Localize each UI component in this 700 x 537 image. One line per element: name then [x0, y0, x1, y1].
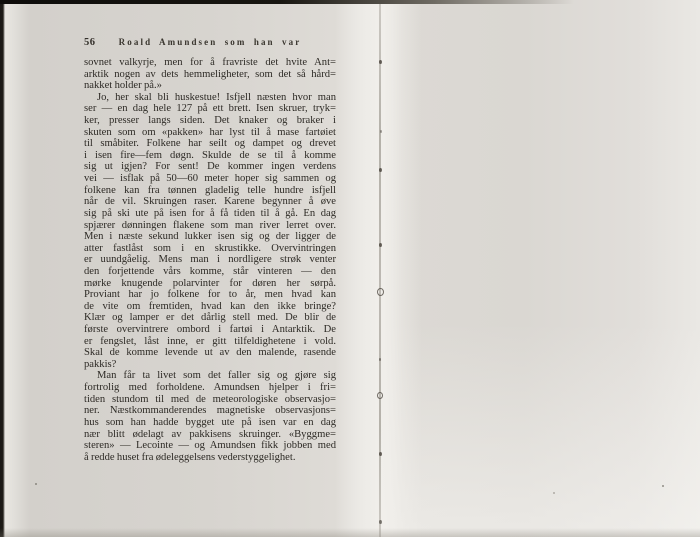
binding-stitch	[379, 452, 382, 456]
binding-fold	[379, 0, 381, 537]
text-line: tiden stundom til med de meteorologiske …	[84, 394, 336, 406]
text-line: ner. Næstkommanderendes magnetiske obser…	[84, 405, 336, 417]
binding-stitch	[377, 392, 383, 399]
text-line: nakket holder på.»	[84, 80, 336, 92]
right-page: Barndomstiden og ungdomsårene 57 Huset b…	[380, 0, 700, 537]
text-line: sig ut igjen? For sent! De kommer ingen …	[84, 161, 336, 173]
text-line: ser — en dag hele 127 på ett brett. Isen…	[84, 103, 336, 115]
text-line: Skal de komme levende ut av den malende,…	[84, 347, 336, 359]
text-line: er fengslet, låst inne, er gitt tilfeldi…	[84, 336, 336, 348]
paper-speck	[553, 492, 555, 494]
paper-speck	[35, 483, 37, 485]
book-scan: 56 Roald Amundsen som han var sovnet val…	[0, 0, 700, 537]
binding-stitch	[377, 288, 384, 296]
text-line: nær blitt ødelagt av pakkisens skruinger…	[84, 429, 336, 441]
left-page-number: 56	[84, 37, 96, 48]
text-line: sovnet valkyrje, men for å fravriste det…	[84, 57, 336, 69]
text-line: skuten som om «pakken» har lyst til å ma…	[84, 127, 336, 139]
text-line: sig på ski ute på isen for å få tiden ti…	[84, 208, 336, 220]
left-page-text: sovnet valkyrje, men for å fravriste det…	[84, 57, 336, 463]
text-line: når de vil. Skruingen raser. Karene begy…	[84, 196, 336, 208]
left-page: 56 Roald Amundsen som han var sovnet val…	[0, 0, 380, 537]
text-line: å redde huset fra ødeleggelsens vedersty…	[84, 452, 336, 464]
text-line: vei — isflak på 50—60 meter hoper sig sa…	[84, 173, 336, 185]
photo-edge-bottom	[0, 528, 700, 537]
text-line: pakkis?	[84, 359, 336, 371]
binding-stitch	[379, 358, 381, 361]
text-line: steren» — Lecointe — og Amundsen fikk jo…	[84, 440, 336, 452]
text-line: Jo, her skal bli huskestue! Isfjell næst…	[84, 92, 336, 104]
binding-stitch	[379, 243, 382, 247]
text-line: første overvintrere ombord i fartøi i An…	[84, 324, 336, 336]
text-line: ker, presser langs siden. Det knaker og …	[84, 115, 336, 127]
binding-stitch	[379, 168, 382, 172]
binding-stitch	[379, 520, 382, 524]
binding-stitch	[380, 130, 382, 133]
photo-edge-top	[0, 0, 700, 4]
text-line: til småbiter. Folkene har seilt og dampe…	[84, 138, 336, 150]
text-line: er uundgåelig. Mens man i nordligere str…	[84, 254, 336, 266]
text-line: arktik nogen av dets hemmeligheter, som …	[84, 69, 336, 81]
left-running-title: Roald Amundsen som han var	[84, 37, 336, 47]
text-line: den forjettende vårs komme, står vintere…	[84, 266, 336, 278]
text-line: spjærer dønningen flakene som man river …	[84, 220, 336, 232]
text-line: Klær og lamper er det dårlig stell med. …	[84, 312, 336, 324]
text-line: i isen fire—fem døgn. Skulde de se til å…	[84, 150, 336, 162]
text-line: de vite om fremtiden, hvad kan den ikke …	[84, 301, 336, 313]
text-line: fortrolig med forholdene. Amundsen hjelp…	[84, 382, 336, 394]
text-line: mørke knugende polarvinter for døren her…	[84, 278, 336, 290]
text-line: Proviant har jo folkene for to år, men h…	[84, 289, 336, 301]
left-page-header: 56 Roald Amundsen som han var	[84, 37, 336, 51]
text-line: atter fastlåst som i en skrustikke. Over…	[84, 243, 336, 255]
binding-stitch	[379, 60, 382, 64]
paper-speck	[662, 485, 664, 487]
text-line: hus som han hadde bygget ute på isen var…	[84, 417, 336, 429]
text-line: Men i næste sekund lukker isen sig og de…	[84, 231, 336, 243]
text-line: folkene kan fra tønnen gladelig telle hu…	[84, 185, 336, 197]
text-line: Man får ta livet som det faller sig og g…	[84, 370, 336, 382]
